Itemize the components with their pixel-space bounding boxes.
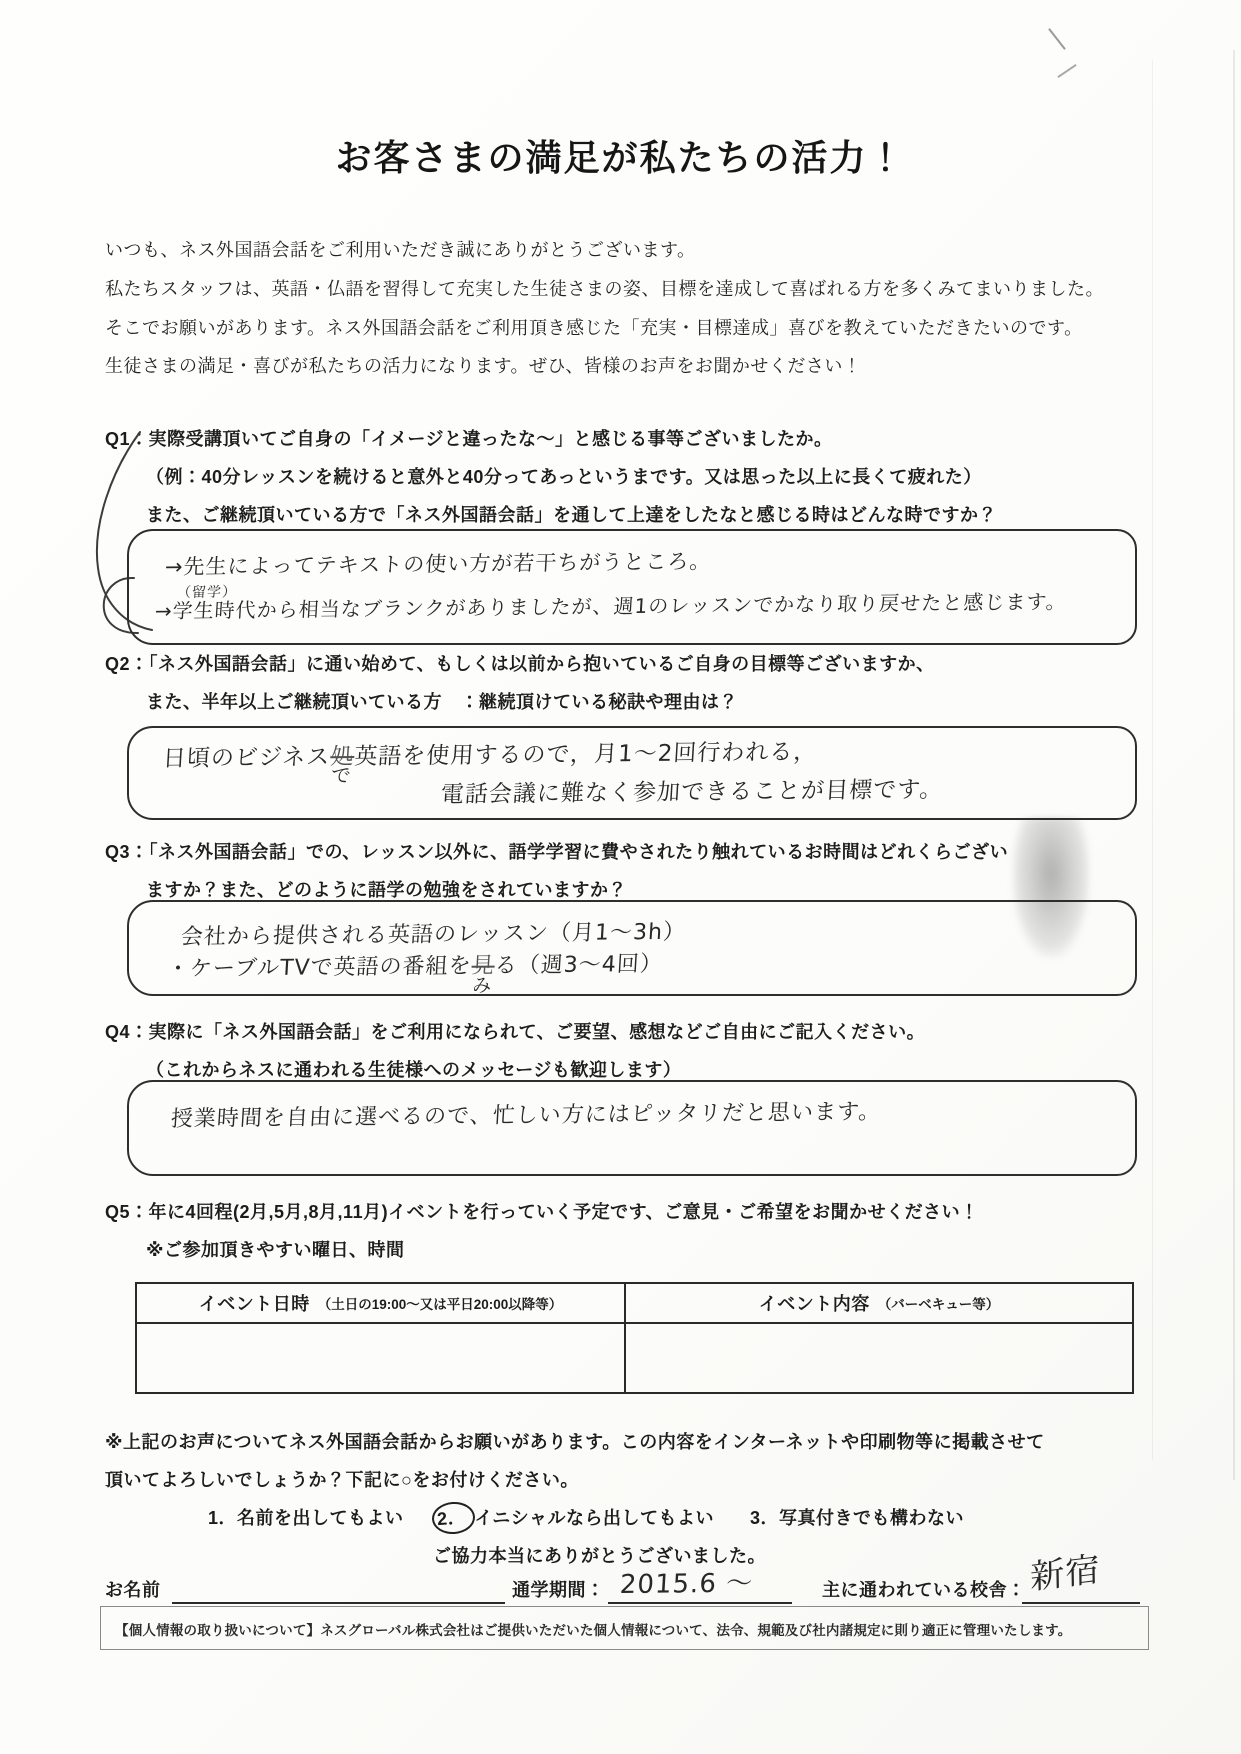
q2-answer1-text: 日頃のビジネス: [162, 744, 331, 772]
q2-sub-question: また、半年以上ご継続頂いている方 ：継続頂けている秘訣や理由は？: [146, 688, 738, 714]
q2-heading: Q2：「ネス外国語会話」に通い始めて、もしくは以前から抱いているご自身の目標等ご…: [105, 650, 935, 676]
name-label: お名前: [105, 1576, 161, 1602]
consent-option-2[interactable]: 2．イニシャルなら出してもよい: [432, 1502, 714, 1534]
consent-options: 1．名前を出してもよい 2．イニシャルなら出してもよい 3．写真付きでも構わない: [208, 1502, 964, 1534]
school-field[interactable]: 新宿: [1022, 1548, 1140, 1604]
q3-corrected-char: 見み: [471, 949, 496, 980]
school-handwritten-value: 新宿: [1030, 1542, 1101, 1599]
q4-handwritten-answer: 授業時間を自由に選べるので、忙しい方にはピッタリだと思います。: [170, 1095, 882, 1133]
scan-mark-top-right-2: [1057, 64, 1076, 78]
scan-mark-top-right: [1048, 28, 1066, 50]
q4-heading: Q4：実際に「ネス外国語会話」をご利用になられて、ご要望、感想などご自由にご記入…: [105, 1018, 925, 1044]
period-label: 通学期間：: [512, 1576, 605, 1602]
consent-line-1: ※上記のお声についてネス外国語会話からお願いがあります。この内容をインターネット…: [105, 1428, 1045, 1454]
event-table-header-content: イベント内容 （バーベキュー等）: [626, 1284, 1132, 1324]
q3-heading: Q3：「ネス外国語会話」での、レッスン以外に、語学学習に費やされたり触れているお…: [105, 838, 1008, 864]
period-field[interactable]: 2015.6 ～: [608, 1558, 792, 1604]
intro-line-4: 生徒さまの満足・喜びが私たちの活力になります。ぜひ、皆様のお声をお聞かせください…: [105, 352, 861, 378]
period-handwritten-value: 2015.6 ～: [619, 1563, 755, 1601]
q4-answer-box[interactable]: 授業時間を自由に選べるので、忙しい方にはピッタリだと思います。: [127, 1080, 1137, 1176]
q2-answer-box[interactable]: 日頃のビジネス処で英語を使用するので，月1～2回行われる， 電話会議に難なく参加…: [127, 726, 1137, 820]
q1-handwritten-answer-2: →学生時代から相当なブランクがありましたが、週1のレッスンでかなり取り戻せたと感…: [154, 585, 1068, 624]
scan-vertical-line-2: [1233, 50, 1235, 1480]
page-title: お客さまの満足が私たちの活力！: [0, 130, 1241, 181]
q5-sub-note: ※ご参加頂きやすい曜日、時間: [146, 1236, 405, 1262]
q1-handwritten-answer-1: →先生によってテキストの使い方が若干ちがうところ。: [164, 545, 712, 581]
event-table: イベント日時 （土日の19:00～又は平日20:00以降等） イベント内容 （バ…: [135, 1282, 1134, 1394]
event-datetime-note: （土日の19:00～又は平日20:00以降等）: [318, 1293, 563, 1313]
q5-heading: Q5：年に4回程(2月,5月,8月,11月)イベントを行っていく予定です、ご意見…: [105, 1198, 979, 1224]
privacy-note-text: 【個人情報の取り扱いについて】ネスグローバル株式会社はご提供いただいた個人情報に…: [101, 1607, 1148, 1639]
q1-example-line: （例：40分レッスンを続けると意外と40分ってあっというまです。又は思った以上に…: [146, 463, 982, 489]
consent-line-2: 頂いてよろしいでしょうか？下記に○をお付けください。: [105, 1466, 579, 1492]
q3-answer2-rest: る（週3～4回）: [494, 952, 664, 979]
consent-option-1[interactable]: 1．名前を出してもよい: [208, 1504, 404, 1530]
school-label: 主に通われている校舎：: [822, 1576, 1026, 1602]
event-content-note: （バーベキュー等）: [878, 1293, 1000, 1313]
event-datetime-cell[interactable]: [137, 1324, 626, 1392]
event-table-header-datetime: イベント日時 （土日の19:00～又は平日20:00以降等）: [137, 1284, 626, 1324]
q4-sub-note: （これからネスに通われる生徒様へのメッセージも歓迎します）: [146, 1056, 681, 1082]
event-content-cell[interactable]: [626, 1324, 1132, 1392]
intro-line-3: そこでお願いがあります。ネス外国語会話をご利用頂き感じた「充実・目標達成」喜びを…: [105, 314, 1083, 340]
q1-answer-box[interactable]: →先生によってテキストの使い方が若干ちがうところ。 （留学） →学生時代から相当…: [127, 529, 1137, 645]
scanned-questionnaire-page: お客さまの満足が私たちの活力！ いつも、ネス外国語会話をご利用いただき誠にありが…: [0, 0, 1241, 1754]
name-field[interactable]: [172, 1576, 505, 1604]
q3-heading-line2: ますか？また、どのように語学の勉強をされていますか？: [146, 876, 627, 902]
q1-heading: Q1：実際受講頂いてご自身の「イメージと違ったな～」と感じる事等ございましたか。: [105, 425, 832, 451]
q3-handwritten-answer-2: ・ケーブルTVで英語の番組を見みる（週3～4回）: [166, 947, 664, 983]
q2-corrected-char: 処で: [329, 738, 355, 771]
consent-option-2-label: イニシャルなら出してもよい: [475, 1508, 714, 1528]
privacy-note-box: 【個人情報の取り扱いについて】ネスグローバル株式会社はご提供いただいた個人情報に…: [100, 1606, 1149, 1650]
event-datetime-title: イベント日時: [199, 1290, 310, 1316]
intro-line-2: 私たちスタッフは、英語・仏語を習得して充実した生徒さまの姿、目標を達成して喜ばれ…: [105, 275, 1104, 301]
scan-vertical-line-1: [1152, 60, 1153, 1460]
q3-correction-below: み: [472, 970, 493, 997]
q3-answer2-text: ・ケーブルTVで英語の番組を: [166, 954, 472, 982]
consent-option-3[interactable]: 3．写真付きでも構わない: [750, 1504, 964, 1530]
q2-handwritten-answer-2: 電話会議に難なく参加できることが目標です。: [440, 771, 944, 809]
q3-handwritten-answer-1: 会社から提供される英語のレッスン（月1～3h）: [180, 915, 687, 951]
q2-answer1-rest: 英語を使用するので，月1～2回行われる，: [354, 739, 819, 770]
q2-correction-below: で: [330, 760, 352, 788]
event-content-title: イベント内容: [759, 1290, 870, 1316]
q1-sub-question: また、ご継続頂いている方で「ネス外国語会話」を通して上達をしたなと感じる時はどん…: [146, 501, 997, 527]
q2-handwritten-answer-1: 日頃のビジネス処で英語を使用するので，月1～2回行われる，: [162, 733, 819, 773]
q3-answer-box[interactable]: 会社から提供される英語のレッスン（月1～3h） ・ケーブルTVで英語の番組を見み…: [127, 900, 1137, 996]
intro-line-1: いつも、ネス外国語会話をご利用いただき誠にありがとうございます。: [105, 236, 696, 262]
consent-option-2-circled-number: 2．: [430, 1501, 475, 1536]
